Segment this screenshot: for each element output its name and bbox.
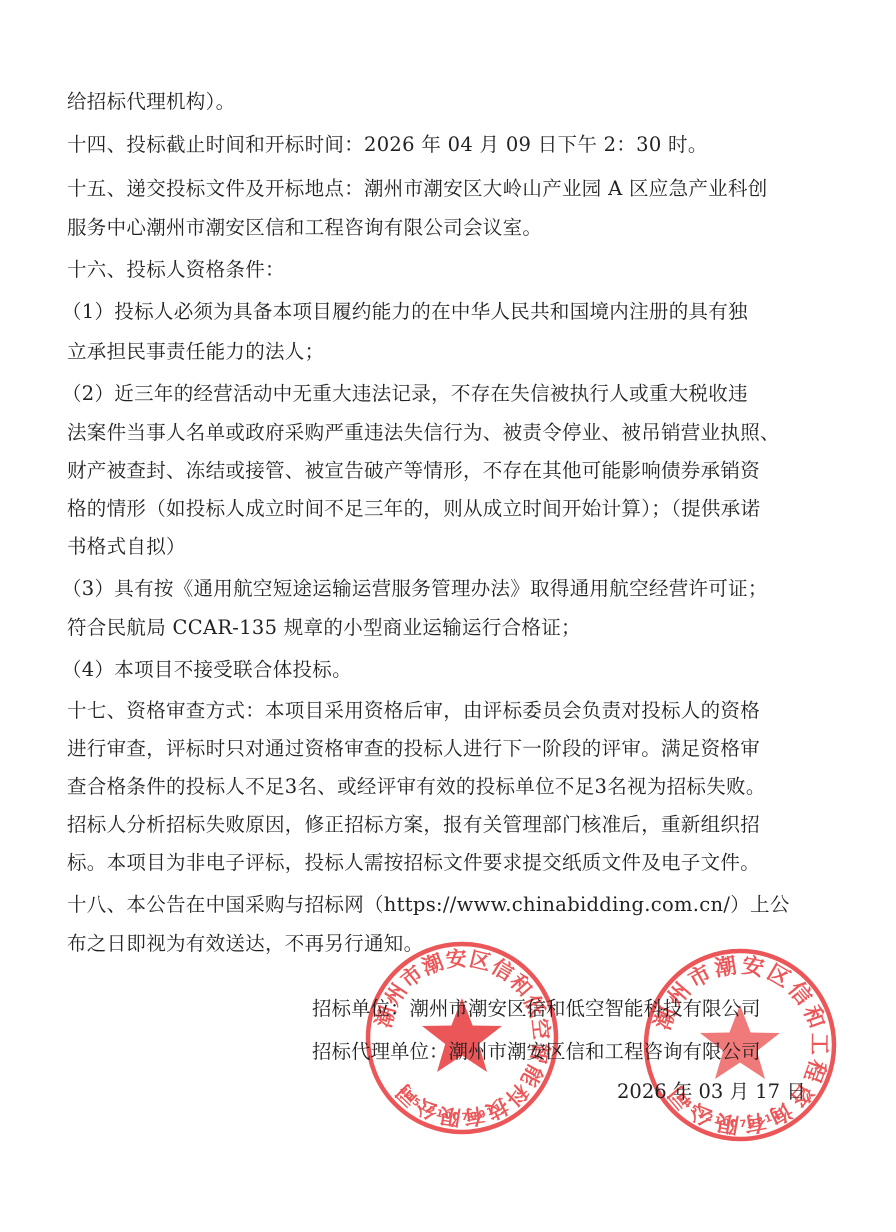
agent-label: 招标代理单位： bbox=[312, 1040, 449, 1063]
text-line: 查合格条件的投标人不足3名、或经评审有效的投标单位不足3名视为招标失败。 bbox=[67, 775, 766, 799]
text-line: 招标人分析招标失败原因，修正招标方案，报有关管理部门核准后，重新组织招 bbox=[67, 813, 760, 837]
text-line: 符合民航局 CCAR-135 规章的小型商业运输运行合格证； bbox=[67, 616, 581, 640]
text-line: （1）投标人必须为具备本项目履约能力的在中华人民共和国境内注册的具有独 bbox=[62, 300, 748, 324]
document-page: 给招标代理机构）。十四、投标截止时间和开标时间：2026 年 04 月 09 日… bbox=[0, 0, 896, 1232]
text-line: （4）本项目不接受联合体投标。 bbox=[62, 658, 352, 682]
agent-name: 潮州市潮安区信和工程咨询有限公司 bbox=[449, 1040, 761, 1063]
text-line: 给招标代理机构）。 bbox=[67, 90, 235, 114]
text-line: 立承担民事责任能力的法人； bbox=[67, 340, 324, 364]
text-line: 十七、资格审查方式：本项目采用资格后审，由评标委员会负责对投标人的资格 bbox=[67, 699, 760, 723]
text-line: 格的情形（如投标人成立时间不足三年的，则从成立时间开始计算）；（提供承诺 bbox=[67, 497, 760, 521]
text-line: 十六、投标人资格条件： bbox=[67, 258, 285, 282]
text-line: 十八、本公告在中国采购与招标网（https://www.chinabidding… bbox=[67, 893, 790, 917]
text-line: 服务中心潮州市潮安区信和工程咨询有限公司会议室。 bbox=[67, 216, 542, 240]
text-line: 标。本项目为非电子评标，投标人需按招标文件要求提交纸质文件及电子文件。 bbox=[67, 851, 760, 875]
text-line: 财产被查封、冻结或接管、被宣告破产等情形，不存在其他可能影响债券承销资 bbox=[67, 459, 760, 483]
text-line: 法案件当事人名单或政府采购严重违法失信行为、被责令停业、被吊销营业执照、 bbox=[67, 421, 780, 445]
agent-signature-line: 招标代理单位：潮州市潮安区信和工程咨询有限公司 bbox=[312, 1040, 761, 1064]
tenderer-label: 招标单位： bbox=[312, 997, 410, 1020]
signature-date: 2026 年 03 月 17 日 bbox=[617, 1080, 806, 1104]
text-line: 书格式自拟） bbox=[67, 535, 186, 559]
text-line: （2）近三年的经营活动中无重大违法记录，不存在失信被执行人或重大税收违 bbox=[62, 382, 748, 406]
text-line: 十五、递交投标文件及开标地点：潮州市潮安区大岭山产业园 A 区应急产业科创 bbox=[67, 177, 768, 201]
text-line: （3）具有按《通用航空短途运输运营服务管理办法》取得通用航空经营许可证； bbox=[62, 577, 768, 601]
text-line: 进行审查，评标时只对通过资格审查的投标人进行下一阶段的评审。满足资格审 bbox=[67, 737, 760, 761]
tenderer-name: 潮州市潮安区信和低空智能科技有限公司 bbox=[410, 997, 761, 1020]
tenderer-signature-line: 招标单位：潮州市潮安区信和低空智能科技有限公司 bbox=[312, 997, 761, 1021]
tenderer-seal-icon: 潮州市潮安区信和低空智能科技有限公司 4451210070011 bbox=[362, 938, 562, 1138]
text-line: 十四、投标截止时间和开标时间：2026 年 04 月 09 日下午 2：30 时… bbox=[67, 133, 708, 157]
